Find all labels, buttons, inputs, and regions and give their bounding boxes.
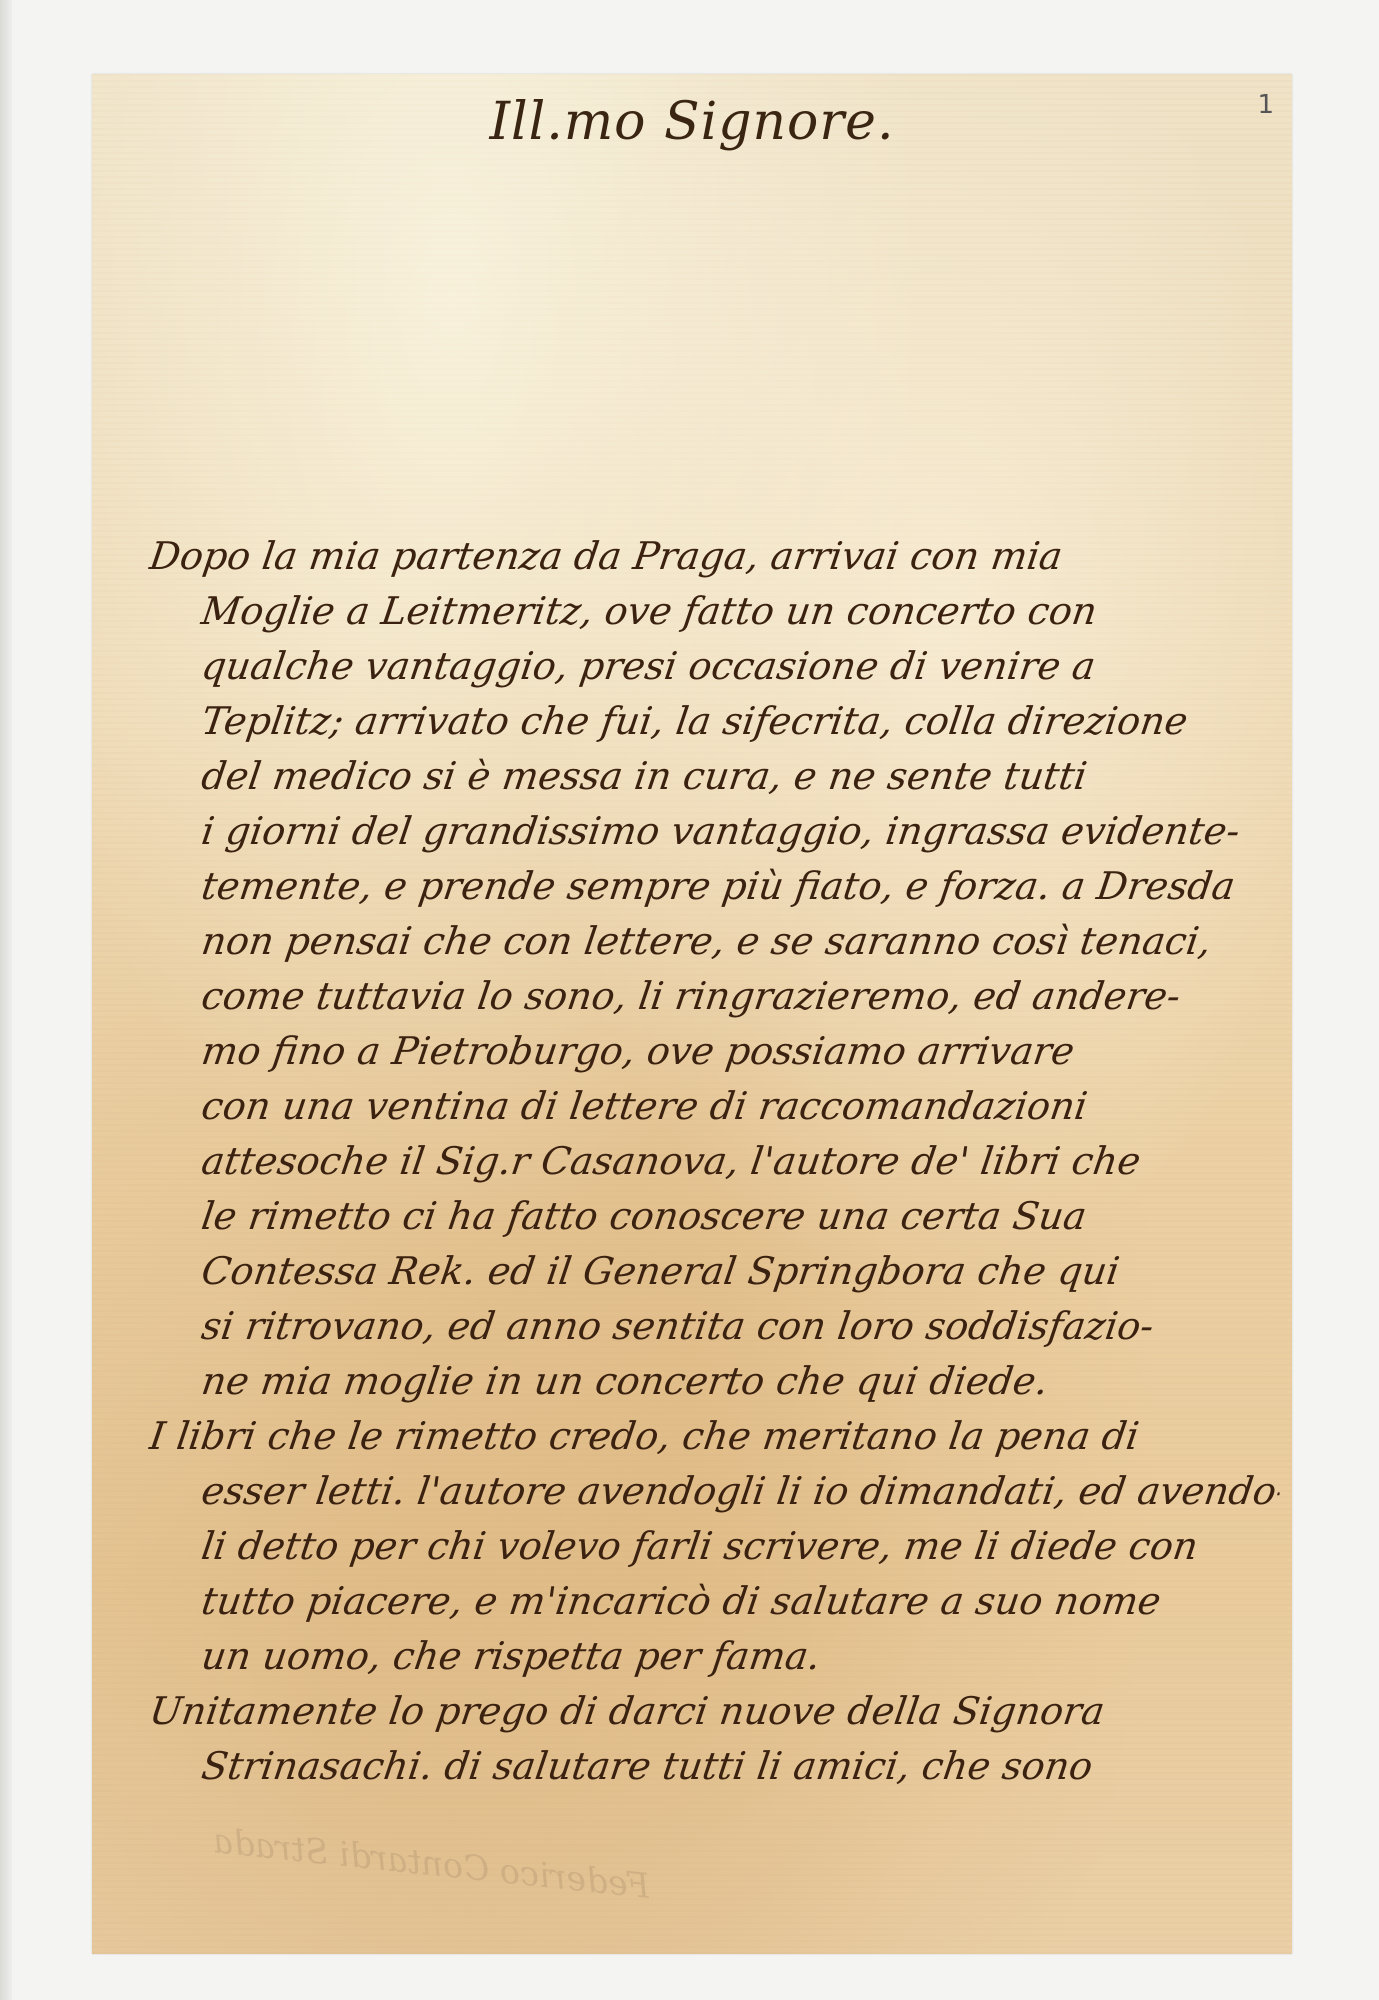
letter-line: Contessa Rek. ed il General Springbora c… [146, 1244, 1284, 1299]
letter-line: qualche vantaggio, presi occasione di ve… [146, 639, 1284, 694]
letter-line: un uomo, che rispetta per fama. [146, 1629, 1284, 1684]
letter-line: con una ventina di lettere di raccomanda… [146, 1079, 1284, 1134]
letter-line: temente, e prende sempre più fiato, e fo… [146, 859, 1284, 914]
letter-line: li detto per chi volevo farli scrivere, … [146, 1519, 1284, 1574]
letter-line: esser letti. l'autore avendogli li io di… [146, 1464, 1284, 1519]
letter-line: ne mia moglie in un concerto che qui die… [146, 1354, 1284, 1409]
letter-line: non pensai che con lettere, e se saranno… [146, 914, 1284, 969]
letter-line: Unitamente lo prego di darci nuove della… [146, 1684, 1284, 1739]
letter-body: Dopo la mia partenza da Praga, arrivai c… [146, 529, 1276, 1794]
letter-line: i giorni del grandissimo vantaggio, ingr… [146, 804, 1284, 859]
salutation: Ill.mo Signore. [92, 92, 1292, 152]
letter-line: Moglie a Leitmeritz, ove fatto un concer… [146, 584, 1284, 639]
letter-line: Teplitz; arrivato che fui, la sifecrita,… [146, 694, 1284, 749]
letter-line: si ritrovano, ed anno sentita con loro s… [146, 1299, 1284, 1354]
bleed-through-text: Federico Contardi Strada [211, 1821, 651, 1907]
letter-line: del medico si è messa in cura, e ne sent… [146, 749, 1284, 804]
letter-line: mo fino a Pietroburgo, ove possiamo arri… [146, 1024, 1284, 1079]
letter-line: attesoche il Sig.r Casanova, l'autore de… [146, 1134, 1284, 1189]
manuscript-page: 1 Ill.mo Signore. Federico Contardi Stra… [92, 74, 1292, 1954]
letter-line: tutto piacere, e m'incaricò di salutare … [146, 1574, 1284, 1629]
scanner-border [0, 0, 12, 2000]
letter-line: I libri che le rimetto credo, che merita… [146, 1409, 1284, 1464]
letter-line: come tuttavia lo sono, li ringrazieremo,… [146, 969, 1284, 1024]
letter-line: Strinasachi. di salutare tutti li amici,… [146, 1739, 1284, 1794]
letter-line: Dopo la mia partenza da Praga, arrivai c… [146, 529, 1284, 584]
letter-line: le rimetto ci ha fatto conoscere una cer… [146, 1189, 1284, 1244]
